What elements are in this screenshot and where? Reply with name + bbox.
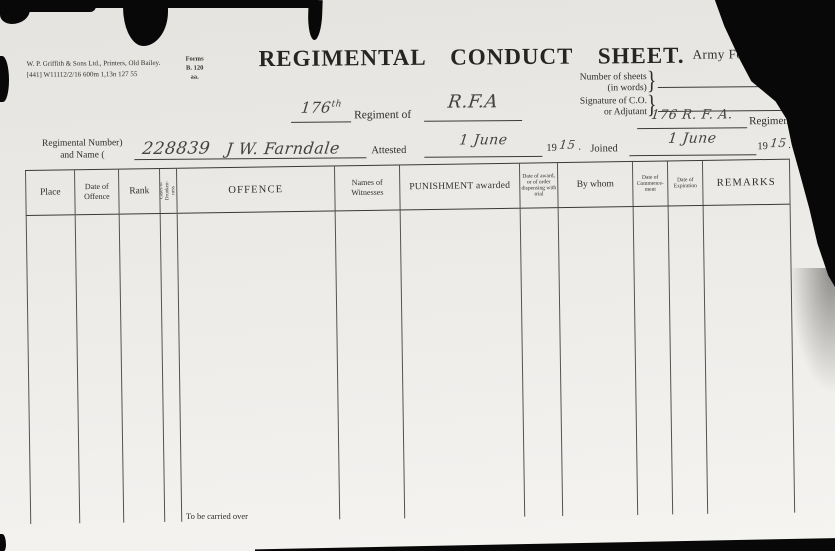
regimental-number-value: 228839: [141, 138, 211, 159]
attested-date-value: 1 June: [458, 132, 508, 148]
number-of-sheets-label: Number of sheets (in words): [548, 72, 647, 96]
joined-period: .: [788, 140, 791, 151]
attested-date-field: 1 June: [424, 131, 542, 158]
joined-date-field: 1 June: [629, 129, 756, 156]
column-header-rank: Rank: [119, 169, 161, 214]
column-header-date-of-award: Date of award, or of order dispensing wi…: [520, 163, 559, 208]
conduct-table-body-empty-row: [26, 205, 795, 524]
joined-date-value: 1 June: [668, 131, 718, 147]
column-header-by-whom: By whom: [558, 162, 634, 207]
body-cell-place: [26, 215, 81, 524]
body-cell-punishment: [401, 209, 526, 519]
column-header-punishment-awarded: PUNISHMENT awarded: [400, 164, 521, 210]
column-header-date-of-offence: Date of Offence: [75, 170, 120, 215]
joined-year-prefix: 19: [757, 141, 768, 152]
joined-label: Joined: [590, 143, 618, 154]
body-cell-remarks: [704, 205, 796, 514]
regiment-name-value: R.F.A: [447, 91, 500, 112]
attested-year-value: 15: [558, 138, 576, 152]
column-header-remarks: REMARKS: [703, 160, 791, 205]
printer-imprint: W. P. Griffith & Sons Ltd., Printers, Ol…: [27, 58, 185, 82]
regiment-right-field: 176 R. F. A.: [637, 105, 747, 129]
column-header-date-of-expiration: Date of Expiration: [668, 161, 704, 206]
regiment-number-field: 176th: [291, 98, 351, 122]
regimental-number-and-name-field: 228839 J W. Farndale: [134, 132, 366, 160]
regiment-number-suffix: th: [331, 99, 343, 109]
regiment-number-value: 176: [300, 99, 332, 117]
printer-imprint-line2: [441] W11112/2/16 600m 1,13n 127 55: [27, 69, 185, 81]
attested-label: Attested: [371, 145, 406, 156]
body-cell-offence: [178, 211, 341, 521]
body-cell-date-of-award: [521, 208, 564, 517]
page-title: REGIMENTAL CONDUCT SHEET.: [227, 43, 715, 73]
body-cell-date-of-offence: [76, 215, 125, 524]
body-cell-commencement: [634, 206, 674, 514]
attested-year-prefix: 19: [546, 143, 557, 154]
signature-label: Signature of C.O. or Adjutant: [548, 96, 647, 120]
body-cell-witnesses: [336, 210, 406, 519]
soldier-name-value: J W. Farndale: [225, 138, 341, 158]
scan-smudge-right-edge: [788, 268, 835, 398]
carry-over-note: To be carried over: [186, 511, 248, 521]
attested-period: .: [578, 142, 581, 153]
body-cell-rank: [120, 214, 166, 523]
column-header-cases-of-drunkenness: Cases of Drunken- ness: [160, 169, 178, 213]
column-header-place: Place: [25, 170, 76, 215]
form-reference: Forms B. 120 aa.: [180, 55, 210, 82]
regimental-number-label: Regimental Number) and Name (: [28, 138, 136, 163]
body-cell-expiration: [669, 206, 709, 514]
body-cell-by-whom: [559, 207, 639, 516]
column-header-offence: OFFENCE: [177, 166, 336, 212]
column-header-date-of-commencement: Date of Commence- ment: [633, 161, 669, 206]
joined-year-value: 15: [769, 136, 787, 150]
regiment-of-label: Regiment of: [354, 109, 411, 121]
column-header-names-of-witnesses: Names of Witnesses: [335, 165, 401, 210]
conduct-table: Place Date of Offence Rank Cases of Drun…: [25, 159, 795, 524]
regiment-right-value: 176 R. F. A.: [650, 107, 734, 123]
regiment-name-field: R.F.A: [424, 91, 522, 122]
